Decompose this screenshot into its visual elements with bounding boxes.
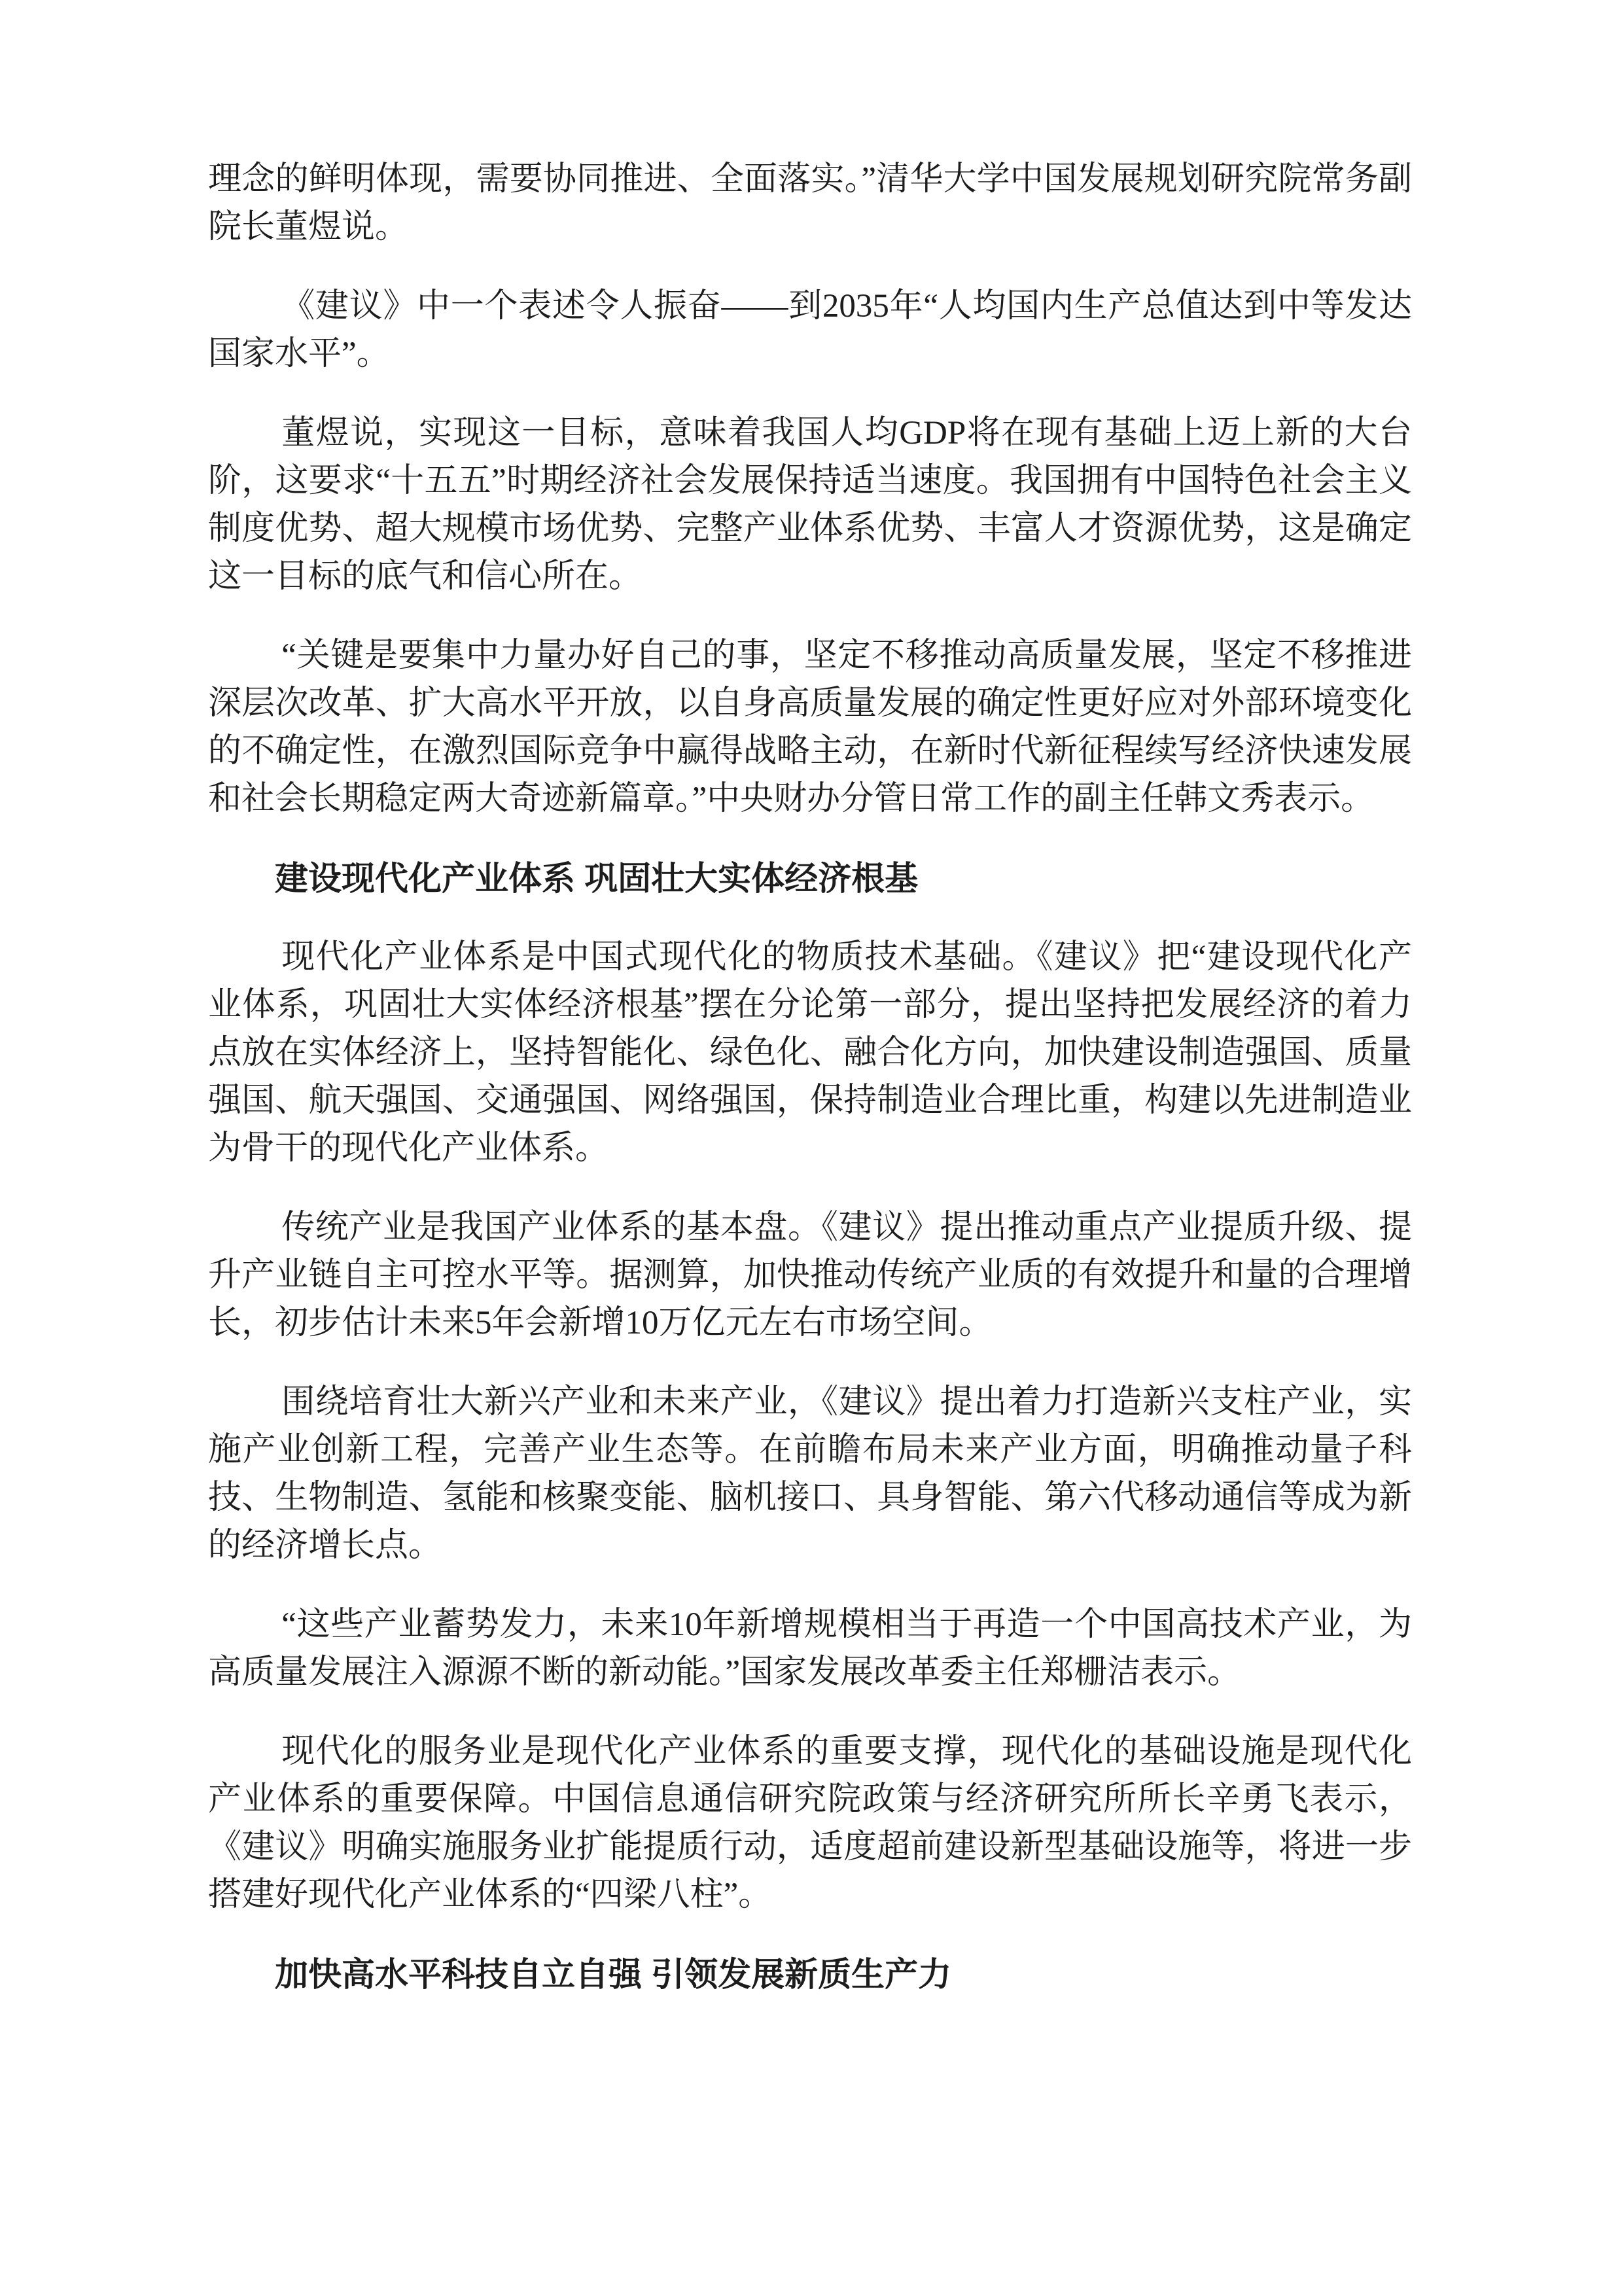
document-page: 理念的鲜明体现，需要协同推进、全面落实。”清华大学中国发展规划研究院常务副院长董… [0,0,1622,2296]
section-heading: 加快高水平科技自立自强 引领发展新质生产力 [208,1951,1412,1998]
body-paragraph: 围绕培育壮大新兴产业和未来产业，《建议》提出着力打造新兴支柱产业，实施产业创新工… [208,1379,1412,1570]
body-paragraph: 董煜说，实现这一目标，意味着我国人均GDP将在现有基础上迈上新的大台阶，这要求“… [208,410,1412,601]
section-heading: 建设现代化产业体系 巩固壮大实体经济根基 [208,855,1412,902]
body-paragraph: “关键是要集中力量办好自己的事，坚定不移推动高质量发展，坚定不移推进深层次改革、… [208,632,1412,823]
body-paragraph: “这些产业蓄势发力，未来10年新增规模相当于再造一个中国高技术产业，为高质量发展… [208,1601,1412,1697]
body-paragraph: 理念的鲜明体现，需要协同推进、全面落实。”清华大学中国发展规划研究院常务副院长董… [208,156,1412,251]
body-paragraph: 现代化的服务业是现代化产业体系的重要支撑，现代化的基础设施是现代化产业体系的重要… [208,1728,1412,1919]
body-paragraph: 传统产业是我国产业体系的基本盘。《建议》提出推动重点产业提质升级、提升产业链自主… [208,1204,1412,1347]
body-paragraph: 现代化产业体系是中国式现代化的物质技术基础。《建议》把“建设现代化产业体系，巩固… [208,934,1412,1173]
body-paragraph: 《建议》中一个表述令人振奋——到2035年“人均国内生产总值达到中等发达国家水平… [208,283,1412,378]
